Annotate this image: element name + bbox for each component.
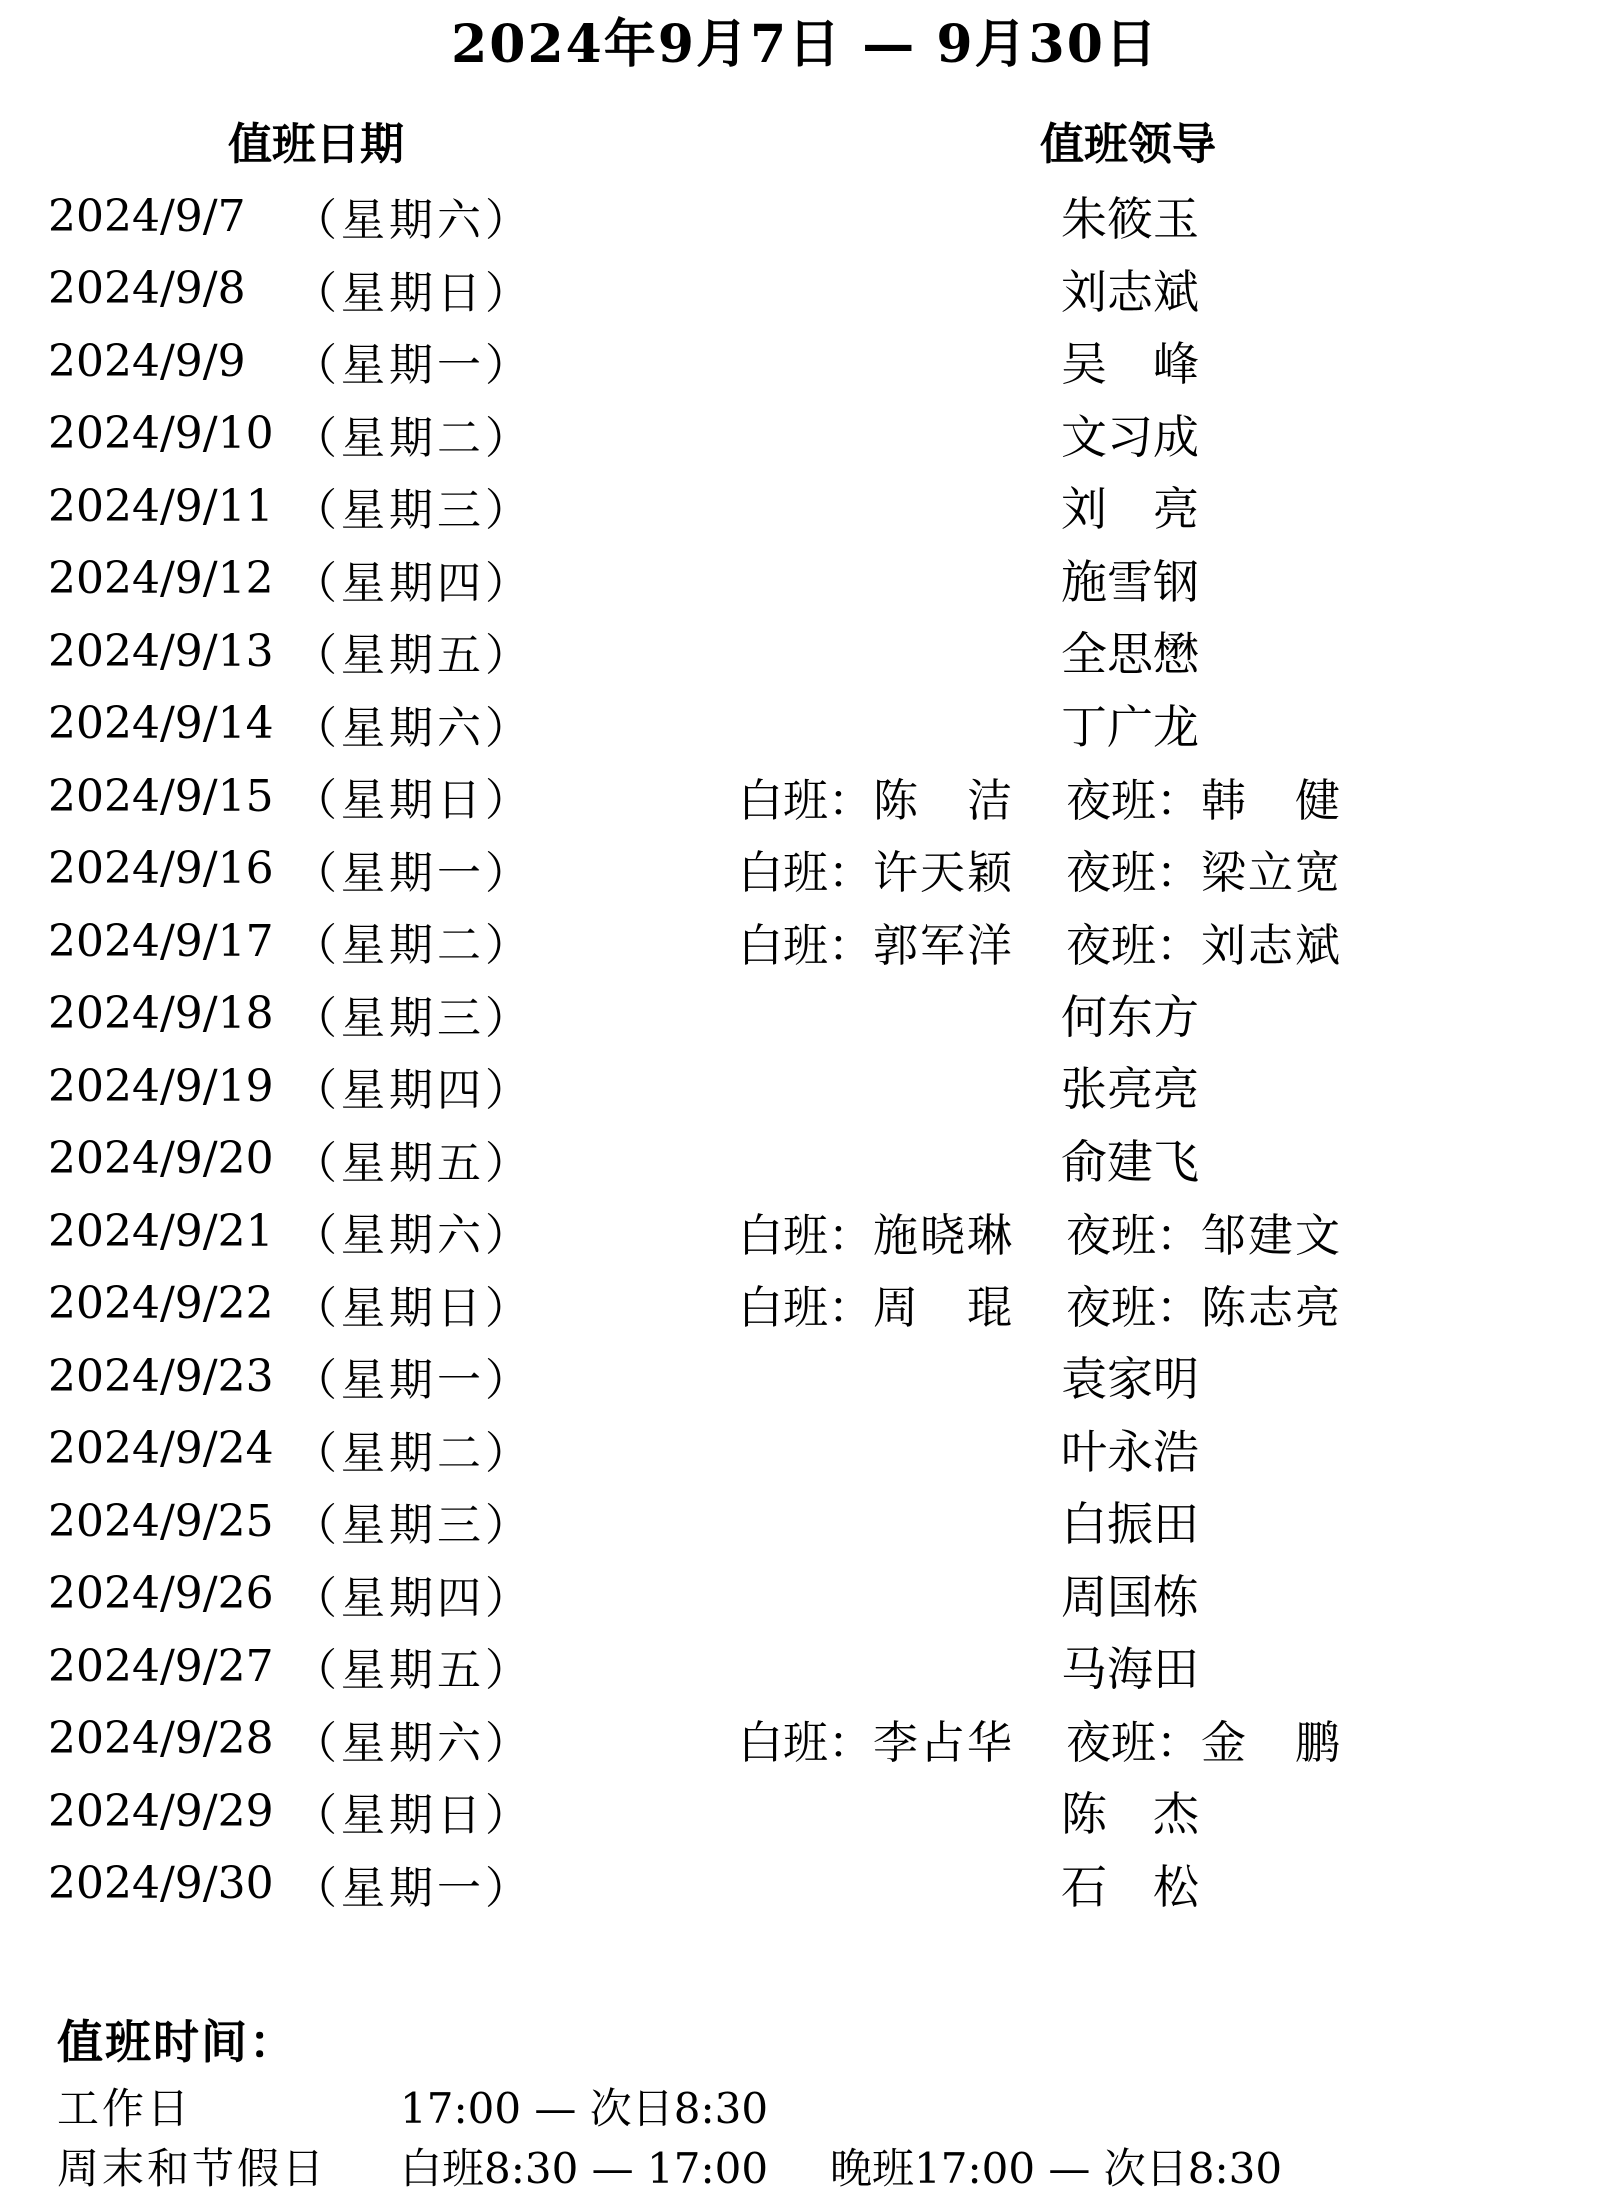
- duty-date: 2024/9/10: [48, 408, 293, 459]
- duty-weekday: （星期一）: [293, 837, 533, 901]
- day-shift-leader: 陈 洁: [873, 774, 1014, 827]
- duty-date: 2024/9/24: [48, 1423, 293, 1474]
- duty-date: 2024/9/8: [48, 263, 293, 314]
- night-shift-label: 夜班：: [1066, 846, 1201, 899]
- duty-leader: 朱筱玉: [930, 183, 1330, 249]
- roster-row: 2024/9/28 （星期六） 白班：李占华 夜班：金 鹏: [0, 1703, 1610, 1776]
- day-shift-leader: 郭军洋: [873, 919, 1014, 972]
- day-shift: 白班：周 琨: [738, 1271, 1014, 1336]
- duty-leader: 石 松: [930, 1851, 1330, 1917]
- roster-row: 2024/9/18 （星期三） 何东方: [0, 978, 1610, 1051]
- duty-weekday: （星期日）: [293, 764, 533, 828]
- duty-date: 2024/9/19: [48, 1061, 293, 1112]
- duty-date: 2024/9/7: [48, 191, 293, 242]
- day-shift-label: 白班：: [738, 1716, 873, 1769]
- duty-hours-label: 工作日: [57, 2076, 192, 2136]
- duty-shift-leaders: 白班：周 琨 夜班：陈志亮: [738, 1271, 1342, 1336]
- duty-weekday: （星期六）: [293, 184, 533, 248]
- duty-date: 2024/9/30: [48, 1858, 293, 1909]
- duty-roster-document: 2024年9月7日 — 9月30日 值班日期 值班领导 2024/9/7 （星期…: [0, 0, 1610, 2189]
- night-shift-leader: 陈志亮: [1201, 1281, 1342, 1334]
- day-shift-leader: 许天颖: [873, 846, 1014, 899]
- duty-weekday: （星期四）: [293, 547, 533, 611]
- night-shift: 夜班：陈志亮: [1066, 1271, 1342, 1336]
- duty-shift-leaders: 白班：李占华 夜班：金 鹏: [738, 1706, 1342, 1771]
- roster-row: 2024/9/9 （星期一） 吴 峰: [0, 325, 1610, 398]
- page-title: 2024年9月7日 — 9月30日: [0, 2, 1610, 77]
- duty-weekday: （星期四）: [293, 1054, 533, 1118]
- duty-hours-time: 17:00 — 次日8:30: [400, 2076, 768, 2136]
- roster-row: 2024/9/25 （星期三） 白振田: [0, 1485, 1610, 1558]
- roster-row: 2024/9/12 （星期四） 施雪钢: [0, 543, 1610, 616]
- night-shift-label: 夜班：: [1066, 774, 1201, 827]
- duty-weekday: （星期五）: [293, 619, 533, 683]
- duty-weekday: （星期六）: [293, 1707, 533, 1771]
- roster-row: 2024/9/26 （星期四） 周国栋: [0, 1558, 1610, 1631]
- duty-weekday: （星期一）: [293, 1852, 533, 1916]
- duty-leader: 何东方: [930, 981, 1330, 1047]
- day-shift-leader: 施晓琳: [873, 1209, 1014, 1262]
- day-shift-leader: 李占华: [873, 1716, 1014, 1769]
- day-shift: 白班：许天颖: [738, 836, 1014, 901]
- roster-row: 2024/9/10 （星期二） 文习成: [0, 398, 1610, 471]
- duty-date: 2024/9/15: [48, 771, 293, 822]
- duty-leader: 周国栋: [930, 1561, 1330, 1627]
- roster-row: 2024/9/7 （星期六） 朱筱玉: [0, 180, 1610, 253]
- duty-leader: 袁家明: [930, 1343, 1330, 1409]
- duty-weekday: （星期二）: [293, 909, 533, 973]
- duty-date: 2024/9/23: [48, 1351, 293, 1402]
- duty-leader: 白振田: [930, 1488, 1330, 1554]
- duty-leader: 全思懋: [930, 618, 1330, 684]
- duty-leader: 刘 亮: [930, 473, 1330, 539]
- duty-leader: 丁广龙: [930, 691, 1330, 757]
- duty-date: 2024/9/12: [48, 553, 293, 604]
- duty-date: 2024/9/16: [48, 843, 293, 894]
- duty-date: 2024/9/26: [48, 1568, 293, 1619]
- night-shift-label: 夜班：: [1066, 1209, 1201, 1262]
- night-shift-leader: 梁立宽: [1201, 846, 1342, 899]
- duty-date: 2024/9/22: [48, 1278, 293, 1329]
- duty-leader: 文习成: [930, 401, 1330, 467]
- duty-hours-row: 工作日 17:00 — 次日8:30: [0, 2076, 1610, 2126]
- night-shift-label: 夜班：: [1066, 919, 1201, 972]
- night-shift-leader: 金 鹏: [1201, 1716, 1342, 1769]
- night-shift-leader: 邹建文: [1201, 1209, 1342, 1262]
- column-header-duty-leader: 值班领导: [978, 108, 1278, 172]
- duty-date: 2024/9/20: [48, 1133, 293, 1184]
- duty-weekday: （星期三）: [293, 474, 533, 538]
- duty-date: 2024/9/27: [48, 1641, 293, 1692]
- duty-hours-time: 晚班17:00 — 次日8:30: [830, 2136, 1282, 2189]
- roster: 2024/9/7 （星期六） 朱筱玉 2024/9/8 （星期日） 刘志斌 20…: [0, 180, 1610, 1920]
- night-shift: 夜班：梁立宽: [1066, 836, 1342, 901]
- duty-date: 2024/9/17: [48, 916, 293, 967]
- duty-leader: 陈 杰: [930, 1778, 1330, 1844]
- duty-weekday: （星期五）: [293, 1127, 533, 1191]
- duty-date: 2024/9/11: [48, 481, 293, 532]
- roster-row: 2024/9/22 （星期日） 白班：周 琨 夜班：陈志亮: [0, 1268, 1610, 1341]
- duty-date: 2024/9/29: [48, 1786, 293, 1837]
- night-shift-leader: 韩 健: [1201, 774, 1342, 827]
- roster-row: 2024/9/17 （星期二） 白班：郭军洋 夜班：刘志斌: [0, 905, 1610, 978]
- roster-row: 2024/9/20 （星期五） 俞建飞: [0, 1123, 1610, 1196]
- duty-weekday: （星期一）: [293, 1344, 533, 1408]
- roster-row: 2024/9/24 （星期二） 叶永浩: [0, 1413, 1610, 1486]
- day-shift: 白班：施晓琳: [738, 1199, 1014, 1264]
- duty-leader: 吴 峰: [930, 328, 1330, 394]
- roster-row: 2024/9/27 （星期五） 马海田: [0, 1630, 1610, 1703]
- duty-weekday: （星期日）: [293, 257, 533, 321]
- day-shift: 白班：李占华: [738, 1706, 1014, 1771]
- duty-hours-time: 白班8:30 — 17:00: [400, 2136, 768, 2189]
- duty-weekday: （星期四）: [293, 1562, 533, 1626]
- duty-date: 2024/9/25: [48, 1496, 293, 1547]
- duty-leader: 叶永浩: [930, 1416, 1330, 1482]
- duty-leader: 马海田: [930, 1633, 1330, 1699]
- day-shift-label: 白班：: [738, 774, 873, 827]
- night-shift: 夜班：韩 健: [1066, 764, 1342, 829]
- day-shift: 白班：郭军洋: [738, 909, 1014, 974]
- duty-leader: 张亮亮: [930, 1053, 1330, 1119]
- day-shift-label: 白班：: [738, 1281, 873, 1334]
- duty-weekday: （星期二）: [293, 1417, 533, 1481]
- duty-hours-row: 周末和节假日 白班8:30 — 17:00晚班17:00 — 次日8:30: [0, 2136, 1610, 2186]
- roster-row: 2024/9/11 （星期三） 刘 亮: [0, 470, 1610, 543]
- roster-row: 2024/9/15 （星期日） 白班：陈 洁 夜班：韩 健: [0, 760, 1610, 833]
- duty-weekday: （星期二）: [293, 402, 533, 466]
- duty-date: 2024/9/28: [48, 1713, 293, 1764]
- duty-shift-leaders: 白班：许天颖 夜班：梁立宽: [738, 836, 1342, 901]
- duty-shift-leaders: 白班：陈 洁 夜班：韩 健: [738, 764, 1342, 829]
- night-shift-leader: 刘志斌: [1201, 919, 1342, 972]
- day-shift-leader: 周 琨: [873, 1281, 1014, 1334]
- night-shift: 夜班：邹建文: [1066, 1199, 1342, 1264]
- roster-row: 2024/9/23 （星期一） 袁家明: [0, 1340, 1610, 1413]
- night-shift-label: 夜班：: [1066, 1281, 1201, 1334]
- duty-weekday: （星期五）: [293, 1634, 533, 1698]
- duty-weekday: （星期三）: [293, 1489, 533, 1553]
- night-shift-label: 夜班：: [1066, 1716, 1201, 1769]
- duty-hours-label: 周末和节假日: [57, 2136, 327, 2189]
- duty-shift-leaders: 白班：郭军洋 夜班：刘志斌: [738, 909, 1342, 974]
- duty-shift-leaders: 白班：施晓琳 夜班：邹建文: [738, 1199, 1342, 1264]
- duty-date: 2024/9/21: [48, 1206, 293, 1257]
- duty-date: 2024/9/18: [48, 988, 293, 1039]
- roster-row: 2024/9/29 （星期日） 陈 杰: [0, 1775, 1610, 1848]
- duty-weekday: （星期三）: [293, 982, 533, 1046]
- duty-date: 2024/9/14: [48, 698, 293, 749]
- duty-weekday: （星期一）: [293, 329, 533, 393]
- duty-date: 2024/9/13: [48, 626, 293, 677]
- night-shift: 夜班：刘志斌: [1066, 909, 1342, 974]
- duty-date: 2024/9/9: [48, 336, 293, 387]
- duty-hours-heading: 值班时间：: [57, 2006, 297, 2072]
- roster-row: 2024/9/14 （星期六） 丁广龙: [0, 688, 1610, 761]
- duty-weekday: （星期六）: [293, 692, 533, 756]
- duty-weekday: （星期日）: [293, 1779, 533, 1843]
- day-shift-label: 白班：: [738, 846, 873, 899]
- column-header-duty-date: 值班日期: [166, 108, 466, 172]
- roster-row: 2024/9/21 （星期六） 白班：施晓琳 夜班：邹建文: [0, 1195, 1610, 1268]
- roster-row: 2024/9/16 （星期一） 白班：许天颖 夜班：梁立宽: [0, 833, 1610, 906]
- duty-weekday: （星期六）: [293, 1199, 533, 1263]
- duty-weekday: （星期日）: [293, 1272, 533, 1336]
- roster-row: 2024/9/8 （星期日） 刘志斌: [0, 253, 1610, 326]
- duty-leader: 施雪钢: [930, 546, 1330, 612]
- day-shift: 白班：陈 洁: [738, 764, 1014, 829]
- duty-leader: 俞建飞: [930, 1126, 1330, 1192]
- duty-leader: 刘志斌: [930, 256, 1330, 322]
- night-shift: 夜班：金 鹏: [1066, 1706, 1342, 1771]
- roster-row: 2024/9/13 （星期五） 全思懋: [0, 615, 1610, 688]
- day-shift-label: 白班：: [738, 919, 873, 972]
- roster-row: 2024/9/19 （星期四） 张亮亮: [0, 1050, 1610, 1123]
- day-shift-label: 白班：: [738, 1209, 873, 1262]
- roster-row: 2024/9/30 （星期一） 石 松: [0, 1848, 1610, 1921]
